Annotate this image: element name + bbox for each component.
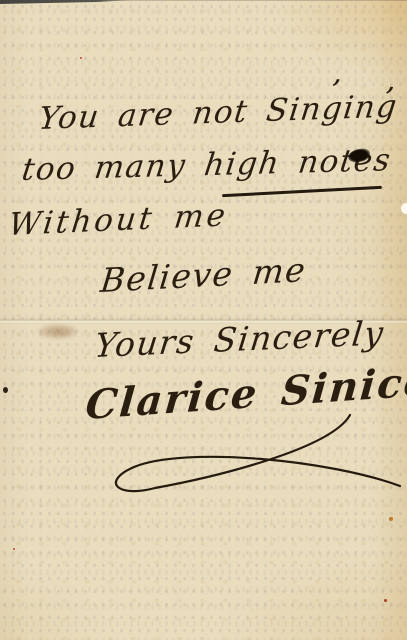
closing-line-yours-sincerely: Yours Sincerely xyxy=(93,316,386,362)
scanned-letter: ’ ’ You are not Singing too many high no… xyxy=(0,0,407,640)
paper-edge-notch xyxy=(401,203,407,214)
closing-line-believe-me: Believe me xyxy=(99,253,308,297)
letter-line-2: too many high notes xyxy=(20,145,393,186)
paper-speck xyxy=(80,57,82,59)
letter-line-1: You are not Singing xyxy=(37,91,399,135)
letter-line-3: Without me xyxy=(7,200,230,241)
hand-underline-stroke xyxy=(222,186,382,197)
stain-smudge xyxy=(38,324,78,339)
letter-paper: ’ ’ You are not Singing too many high no… xyxy=(0,0,407,640)
paper-speck xyxy=(384,599,387,602)
ink-speck xyxy=(3,387,8,393)
paper-speck xyxy=(13,548,15,550)
signature-flourish xyxy=(0,400,407,530)
letter-line-2-prefix: too many xyxy=(20,148,189,188)
